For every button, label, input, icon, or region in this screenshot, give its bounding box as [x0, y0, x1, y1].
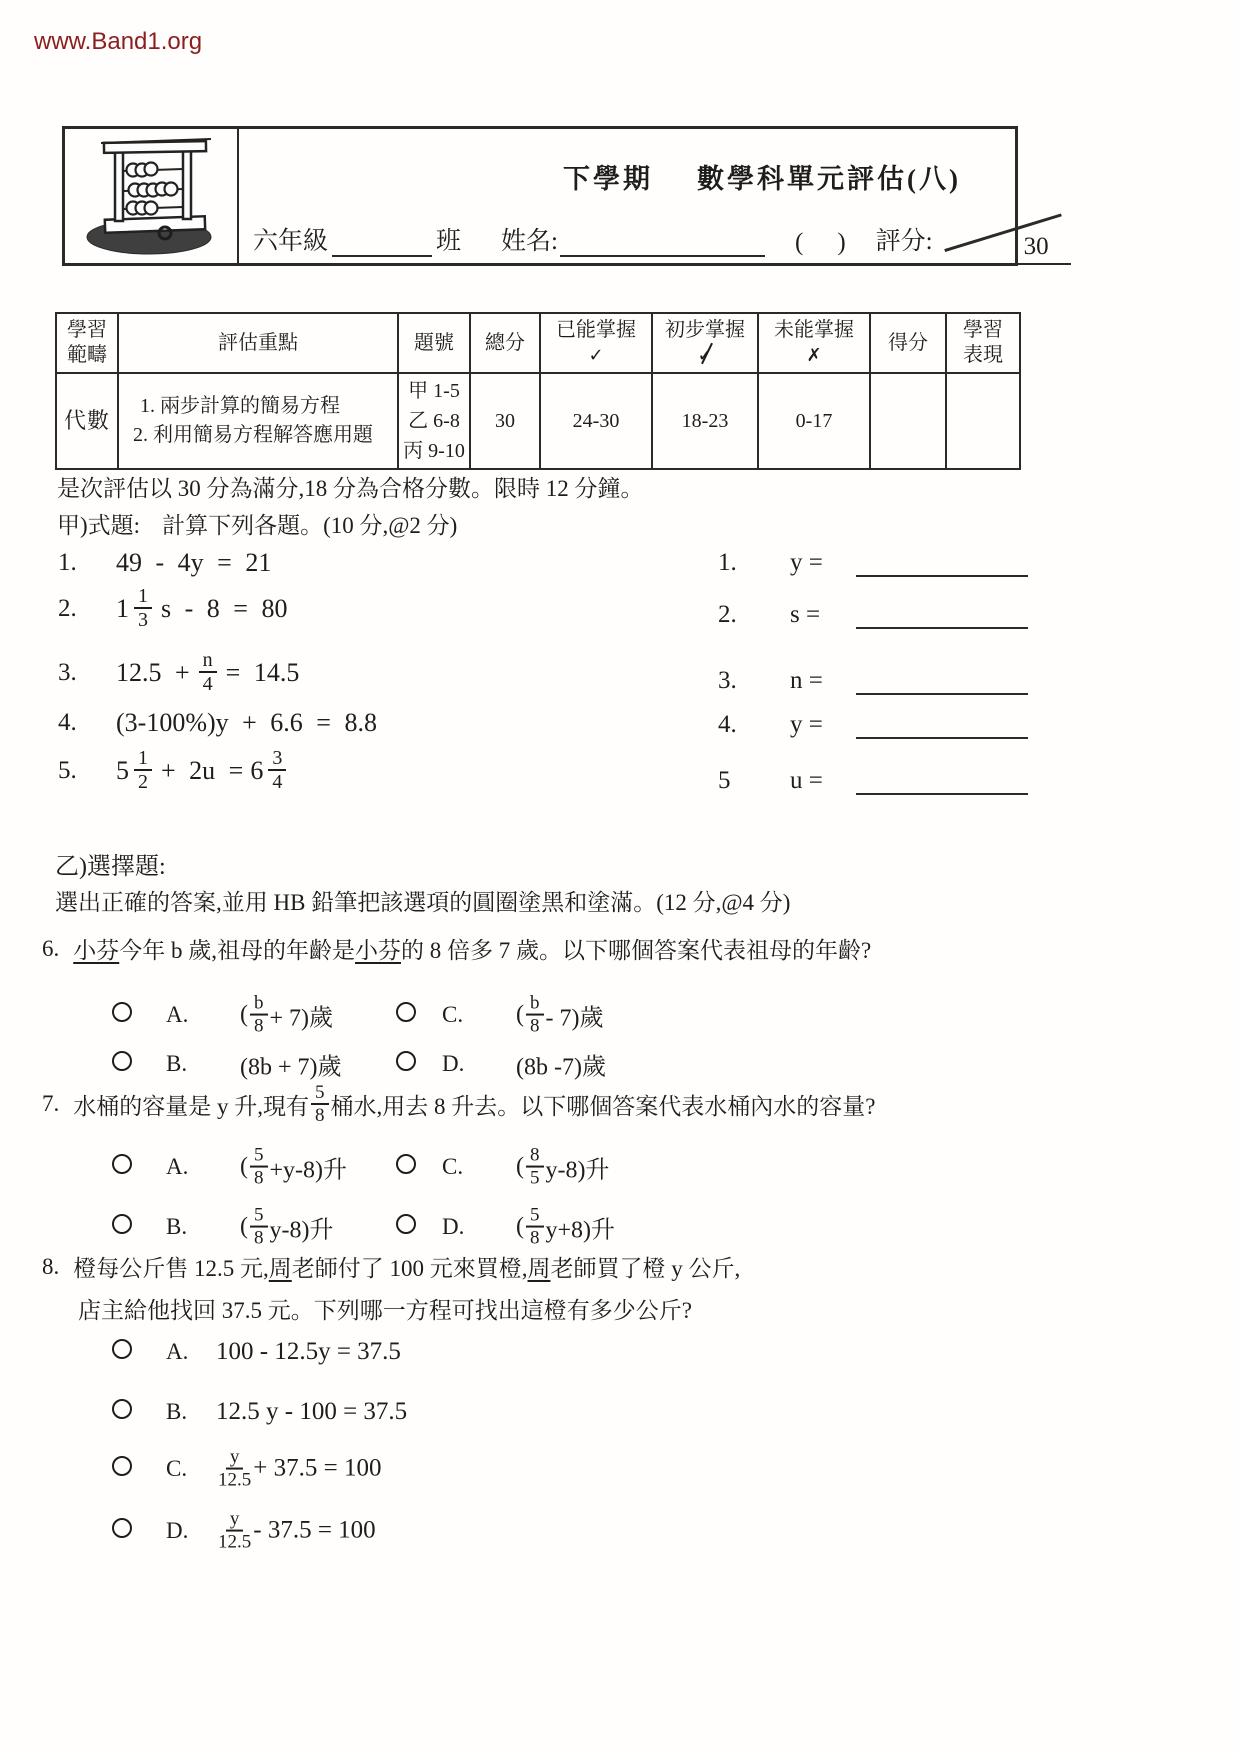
score-underline — [983, 263, 1071, 266]
exam-title: 數學科單元評估(八) — [697, 164, 961, 194]
fraction: 5 8 — [526, 1206, 544, 1249]
option-letter-6D: D. — [442, 1051, 464, 1077]
option-formula-7D: ( 5 8 y+8)升 — [516, 1206, 615, 1249]
option-bubble-6D[interactable] — [396, 1051, 416, 1071]
answer-blank-1[interactable] — [856, 545, 1028, 577]
domain-cell: 代數 — [56, 373, 118, 469]
option-bubble-7D[interactable] — [396, 1214, 416, 1234]
fraction: y 12.5 — [218, 1448, 251, 1491]
option-formula-7A: ( 5 8 +y-8)升 — [240, 1146, 347, 1189]
site-watermark: www.Band1.org — [34, 28, 202, 56]
col-header-performance: 學習 表現 — [946, 313, 1020, 373]
option-letter-6C: C. — [442, 1002, 463, 1028]
question-7: 7. 水桶的容量是 y 升,現有 5 8 桶水,用去 8 升去。以下哪個答案代表… — [42, 1076, 875, 1132]
name-label: 姓名: — [501, 221, 558, 257]
option-bubble-7A[interactable] — [112, 1154, 132, 1174]
question-6: 6. 小芬今年 b 歲,祖母的年齡是小芬的 8 倍多 7 歲。以下哪個答案代表祖… — [42, 932, 871, 965]
question-7-options-row-2: B. ( 5 8 y-8)升 D. ( 5 8 y+8)升 — [112, 1196, 872, 1258]
option-letter-8D: D. — [166, 1518, 188, 1544]
part-a-label: 甲)式題: — [57, 513, 140, 538]
col-header-mastered: 已能掌握 ✓ — [540, 313, 652, 373]
option-bubble-6B[interactable] — [112, 1051, 132, 1071]
col-header-not-mastered: 未能掌握 ✗ — [758, 313, 870, 373]
question-8-option-C: C. y 12.5 + 37.5 = 100 — [112, 1438, 872, 1500]
total-cell: 30 — [470, 373, 540, 469]
col-header-qno: 題號 — [398, 313, 470, 373]
option-letter-8B: B. — [166, 1399, 187, 1425]
option-formula-7C: ( 8 5 y-8)升 — [516, 1146, 609, 1189]
seat-paren-open: ( — [795, 229, 803, 257]
question-number-cell: 甲 1-5 乙 6-8 丙 9-10 — [398, 373, 470, 469]
col-header-partial: 初步掌握 ✓ — [652, 313, 758, 373]
partial-range-cell: 18-23 — [652, 373, 758, 469]
option-bubble-8A[interactable] — [112, 1339, 132, 1359]
option-formula-6C: ( b 8 - 7)歲 — [516, 994, 603, 1037]
option-formula-8D: y 12.5 - 37.5 = 100 — [216, 1510, 376, 1553]
option-formula-7B: ( 5 8 y-8)升 — [240, 1206, 333, 1249]
fraction: n 4 — [199, 650, 217, 695]
answer-row-3: 3. n = — [718, 663, 1028, 695]
option-bubble-7C[interactable] — [396, 1154, 416, 1174]
equation-5: 5. 5 1 2 + 2u = 6 3 4 — [58, 748, 288, 793]
exam-title-line: 下學期數學科單元評估(八) — [563, 157, 961, 196]
col-header-points: 評估重點 — [118, 313, 398, 373]
equation-2: 2. 1 1 3 s - 8 = 80 — [58, 586, 287, 631]
fraction: 5 8 — [250, 1206, 268, 1249]
answer-blank-3[interactable] — [856, 663, 1028, 695]
seat-paren-close: ) — [837, 229, 845, 257]
fraction: b 8 — [250, 994, 268, 1037]
option-bubble-8D[interactable] — [112, 1518, 132, 1538]
abacus-icon — [77, 135, 225, 257]
part-a-instruction: 計算下列各題。(10 分,@2 分) — [162, 513, 457, 538]
option-bubble-6A[interactable] — [112, 1002, 132, 1022]
score-label: 評分: — [876, 221, 933, 257]
question-6-options-row-1: A. ( b 8 + 7)歲 C. ( b 8 - 7)歲 — [112, 984, 872, 1046]
worksheet-page: www.Band1.org — [0, 0, 1240, 1754]
equation-1: 1. 49 - 4y = 21 — [58, 548, 271, 578]
mastered-range-cell: 24-30 — [540, 373, 652, 469]
fraction: 5 8 — [250, 1146, 268, 1189]
class-label: 班 — [436, 221, 461, 257]
grade-label: 六年級 — [253, 221, 328, 257]
option-letter-7B: B. — [166, 1214, 187, 1240]
question-8-option-D: D. y 12.5 - 37.5 = 100 — [112, 1500, 872, 1562]
question-8-option-B: B. 12.5 y - 100 = 37.5 — [112, 1390, 872, 1434]
answer-row-2: 2. s = — [718, 597, 1028, 629]
option-letter-7A: A. — [166, 1154, 188, 1180]
answer-row-1: 1. y = — [718, 545, 1028, 577]
score-total: 30 — [1024, 233, 1049, 261]
option-letter-8A: A. — [166, 1339, 188, 1365]
option-formula-8C: y 12.5 + 37.5 = 100 — [216, 1448, 381, 1491]
equation-4: 4. (3-100%)y + 6.6 = 8.8 — [58, 708, 377, 738]
assessment-table: 學習 範疇 評估重點 題號 總分 已能掌握 ✓ 初步掌握 ✓ 未能掌握 ✗ 得分… — [55, 312, 1021, 470]
option-letter-6A: A. — [166, 1002, 188, 1028]
answer-row-4: 4. y = — [718, 707, 1028, 739]
not-mastered-range-cell: 0-17 — [758, 373, 870, 469]
fraction: b 8 — [526, 994, 544, 1037]
option-formula-8A: 100 - 12.5y = 37.5 — [216, 1338, 401, 1366]
option-formula-8B: 12.5 y - 100 = 37.5 — [216, 1398, 407, 1426]
fraction: 1 3 — [134, 586, 152, 631]
fraction: y 12.5 — [218, 1510, 251, 1553]
part-a-heading: 甲)式題:計算下列各題。(10 分,@2 分) — [57, 507, 457, 540]
answer-blank-5[interactable] — [856, 763, 1028, 795]
part-b-instruction: 選出正確的答案,並用 HB 鉛筆把該選項的圓圈塗黑和塗滿。(12 分,@4 分) — [55, 884, 790, 917]
exam-term: 下學期 — [563, 164, 653, 194]
score-cell — [870, 373, 946, 469]
option-formula-6A: ( b 8 + 7)歲 — [240, 994, 333, 1037]
question-8-line-2: 店主給他找回 37.5 元。下列哪一方程可找出這橙有多少公斤? — [78, 1292, 692, 1325]
answer-row-5: 5 u = — [718, 763, 1028, 795]
class-blank[interactable] — [332, 227, 432, 257]
points-cell: 1. 兩步計算的簡易方程 2. 利用簡易方程解答應用題 — [118, 373, 398, 469]
abacus-image-cell — [65, 129, 239, 263]
question-8-option-A: A. 100 - 12.5y = 37.5 — [112, 1330, 872, 1374]
fraction: 8 5 — [526, 1146, 544, 1189]
col-header-domain: 學習 範疇 — [56, 313, 118, 373]
question-7-options-row-1: A. ( 5 8 +y-8)升 C. ( 8 5 y-8)升 — [112, 1136, 872, 1198]
fraction: 1 2 — [134, 748, 152, 793]
answer-blank-4[interactable] — [856, 707, 1028, 739]
col-header-total: 總分 — [470, 313, 540, 373]
check-slash-icon: ✓ — [697, 346, 712, 366]
score-fraction: 30 — [943, 211, 1071, 257]
equation-3: 3. 12.5 + n 4 = 14.5 — [58, 650, 299, 695]
fraction: 3 4 — [268, 748, 286, 793]
part-b-label: 乙)選擇題: — [55, 846, 166, 881]
col-header-score: 得分 — [870, 313, 946, 373]
question-8-line-1: 8. 橙每公斤售 12.5 元,周老師付了 100 元來買橙,周老師買了橙 y … — [42, 1250, 740, 1283]
student-info-line: 六年級 班 姓名: ( ) 評分: 30 — [253, 211, 1071, 257]
check-icon: ✓ — [588, 345, 603, 366]
option-letter-6B: B. — [166, 1051, 187, 1077]
name-blank[interactable] — [560, 227, 765, 257]
fraction: 5 8 — [311, 1083, 329, 1126]
table-row: 代數 1. 兩步計算的簡易方程 2. 利用簡易方程解答應用題 甲 1-5 乙 6… — [56, 373, 1020, 469]
answer-blank-2[interactable] — [856, 597, 1028, 629]
option-letter-8C: C. — [166, 1456, 187, 1482]
option-letter-7C: C. — [442, 1154, 463, 1180]
option-bubble-6C[interactable] — [396, 1002, 416, 1022]
option-bubble-8B[interactable] — [112, 1399, 132, 1419]
performance-cell — [946, 373, 1020, 469]
intro-text: 是次評估以 30 分為滿分,18 分為合格分數。限時 12 分鐘。 — [57, 470, 644, 503]
option-bubble-8C[interactable] — [112, 1456, 132, 1476]
cross-icon: ✗ — [806, 345, 821, 366]
header-box: 下學期數學科單元評估(八) 六年級 班 姓名: ( ) 評分: 30 — [62, 126, 1018, 266]
option-bubble-7B[interactable] — [112, 1214, 132, 1234]
option-letter-7D: D. — [442, 1214, 464, 1240]
